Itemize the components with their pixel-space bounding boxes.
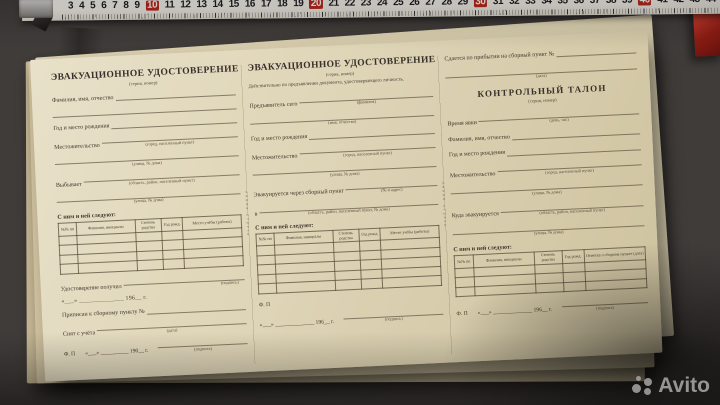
ruler-number: 13	[196, 0, 206, 10]
form-field: Время явки (день, час)	[447, 107, 639, 128]
field-line	[512, 127, 641, 140]
field-line	[507, 143, 641, 156]
avito-watermark: Avito	[632, 374, 710, 398]
form-footer: Ф. П	[259, 294, 443, 309]
ruler-number: 8	[123, 0, 128, 10]
field-label: Фамилия, имя, отчество	[448, 134, 512, 143]
ruler-number: 33	[525, 0, 535, 6]
paper-stack: ЭВАКУАЦИОННОЕ УДОСТОВЕРЕНИЕ (серия, номе…	[30, 31, 662, 382]
footer-date: «___» ______________ 196__ г.	[478, 307, 553, 316]
footer-date: «___» __________ 190__ г.	[85, 348, 148, 357]
ruler-number: 7	[112, 1, 117, 11]
form-field: Местожительство (город, населенный пункт…	[450, 158, 642, 179]
ruler-number: 43	[690, 0, 700, 5]
ruler-number: 28	[441, 0, 451, 7]
ruler-number: 24	[377, 0, 387, 8]
ruler-number: 15	[229, 0, 239, 9]
ruler-number: 12	[180, 0, 190, 10]
ruler-number: 17	[261, 0, 271, 9]
form-code: Ф. П	[64, 351, 76, 358]
field-label: Год и место рождения	[251, 134, 309, 143]
table-header: Год рожд.	[161, 218, 183, 231]
ruler-number: 31	[493, 0, 503, 7]
ruler-number: 30	[474, 0, 487, 7]
table-header: №№ пп	[58, 223, 77, 236]
members-table: №№ пп Фамилия, инициалы Степень родства …	[255, 225, 442, 295]
form-field: Удостоверение получил (подпись)	[60, 273, 244, 293]
form-code: Ф. П	[456, 311, 468, 318]
table-header: Год рожд.	[562, 250, 585, 263]
date-line: «___» ______________ 196__ г.	[61, 290, 245, 305]
table-header: №№ пп	[454, 255, 473, 268]
field-label: Куда эвакуируется	[452, 211, 501, 220]
ruler-number: 42	[673, 0, 683, 5]
field-label: Удостоверение получил	[61, 284, 124, 293]
form-field: Фамилия, имя, отчество	[52, 89, 236, 105]
form-code: Ф. П	[259, 302, 271, 309]
ruler-number: 3	[68, 1, 73, 11]
ruler-number: 32	[509, 0, 519, 6]
form-field: (улица, № дома)	[55, 150, 239, 170]
ruler-number: 35	[557, 0, 567, 6]
form-field: Местожительство (город, населенный пункт…	[251, 141, 435, 161]
ruler-number: 39	[622, 0, 632, 5]
field-label: Сдается по прибытии на сборный пункт №	[444, 51, 556, 63]
ruler-number: 16	[245, 0, 255, 9]
form-field: в (область, район, населенный пункт, № д…	[254, 198, 438, 218]
form-field: Эвакуируется через сборный пункт (№ и ад…	[253, 179, 437, 199]
ruler-number: 36	[574, 0, 584, 6]
field-line	[147, 303, 247, 315]
ruler-number: 22	[345, 0, 355, 8]
form-field: (имя, отчество)	[250, 109, 434, 129]
field-line	[309, 127, 435, 140]
ruler-number: 10	[145, 0, 158, 10]
ruler-number: 6	[101, 1, 106, 11]
form-field: Год и место рождения	[251, 127, 435, 143]
field-line	[52, 103, 236, 119]
form-evacuation-certificate-left: ЭВАКУАЦИОННОЕ УДОСТОВЕРЕНИЕ (серия, номе…	[51, 65, 249, 372]
ruler-number: 27	[425, 0, 435, 7]
field-label: Время явки	[447, 120, 479, 128]
form-footer: Ф. П «___» ______________ 196__ г. (подп…	[456, 296, 648, 317]
form-field: Год и место рождения	[53, 117, 237, 133]
field-line	[115, 89, 236, 102]
ruler-number: 11	[165, 0, 175, 10]
form-field: Местожительство (город, населенный пункт…	[54, 131, 238, 151]
footer-date: «___» ______________ 196__ г.	[260, 319, 335, 328]
field-label: Приписан к сборному пункту №	[62, 309, 147, 319]
field-label: Фамилия, имя, отчество	[52, 95, 116, 104]
ruler-number: 23	[361, 0, 371, 8]
members-table: №№ пп Фамилия, инициалы Степень родства …	[454, 246, 648, 297]
form-field: Предъявитель сего (фамилия)	[249, 90, 433, 110]
members-table: №№ пп Фамилия, инициалы Степень родства …	[58, 214, 244, 274]
field-line	[111, 117, 237, 130]
ruler-number: 26	[409, 0, 419, 7]
ruler-number: 37	[590, 0, 600, 6]
form-field: Фамилия, имя, отчество	[448, 127, 640, 143]
field-label: Местожительство	[252, 153, 300, 162]
ruler-number: 4	[79, 1, 84, 11]
field-label: Снят с учёта	[63, 330, 98, 338]
ruler-number: 40	[638, 0, 651, 5]
form-field: (улица, № дома)	[252, 160, 436, 180]
ruler-number: 19	[293, 0, 303, 9]
form-field: Год и место рождения	[449, 143, 641, 159]
form-footer: Ф. П «___» __________ 190__ г. (подпись)	[64, 337, 248, 357]
cut-line-label: линия отреза	[441, 182, 448, 228]
ruler-number: 25	[393, 0, 403, 8]
field-label: Эвакуируется через сборный пункт	[254, 189, 347, 200]
form-footer-date-row: «___» ______________ 196__ г. (подпись)	[259, 308, 443, 328]
table-header: Год рожд.	[359, 228, 381, 241]
ruler-number: 14	[212, 0, 222, 10]
field-label: Предъявитель сего	[249, 102, 299, 111]
form-field: (улица, № дома)	[452, 219, 644, 240]
field-label: Местожительство	[450, 171, 498, 180]
ruler-number: 41	[657, 0, 667, 5]
table-header: №№ пп	[256, 233, 275, 246]
field-label: Выбывает	[56, 181, 84, 189]
avito-brand-text: Avito	[658, 374, 710, 398]
form-field: Приписан к сборному пункту №	[62, 303, 246, 319]
ruler-number: 5	[90, 1, 95, 11]
form-field: (дата)	[445, 62, 637, 83]
ruler-number: 18	[277, 0, 287, 9]
form-field: (улица, № дома)	[56, 187, 240, 207]
form-field: (улица, № дома)	[450, 179, 642, 200]
field-label: Год и место рождения	[53, 123, 111, 132]
ruler-number: 9	[134, 0, 139, 10]
ruler-number: 20	[309, 0, 322, 8]
form-field: Выбывает (область, район, населенный пун…	[56, 168, 240, 188]
field-label: Год и место рождения	[449, 150, 507, 159]
field-line	[556, 46, 636, 57]
avito-logo-icon	[632, 375, 654, 397]
cut-line-label: линия отреза	[244, 191, 251, 237]
ruler-number: 38	[606, 0, 616, 5]
tape-hook	[19, 0, 53, 18]
form-field: Снят с учёта (дата)	[63, 317, 247, 337]
ruler-number: 34	[541, 0, 551, 6]
ruler-number: 29	[458, 0, 468, 7]
form-field	[52, 103, 236, 119]
forms-row: ЭВАКУАЦИОННОЕ УДОСТОВЕРЕНИЕ (серия, номе…	[30, 31, 662, 382]
ruler-number: 44	[706, 0, 716, 4]
form-field: Куда эвакуируется (область, район, насел…	[451, 199, 643, 220]
form-control-coupon: Сдается по прибытии на сборный пункт № (…	[444, 46, 650, 354]
field-label: Местожительство	[54, 143, 102, 152]
form-field: Сдается по прибытии на сборный пункт №	[444, 46, 636, 62]
ruler-number: 21	[328, 0, 338, 8]
form-evacuation-certificate-middle: ЭВАКУАЦИОННОЕ УДОСТОВЕРЕНИЕ (серия, номе…	[247, 56, 445, 363]
